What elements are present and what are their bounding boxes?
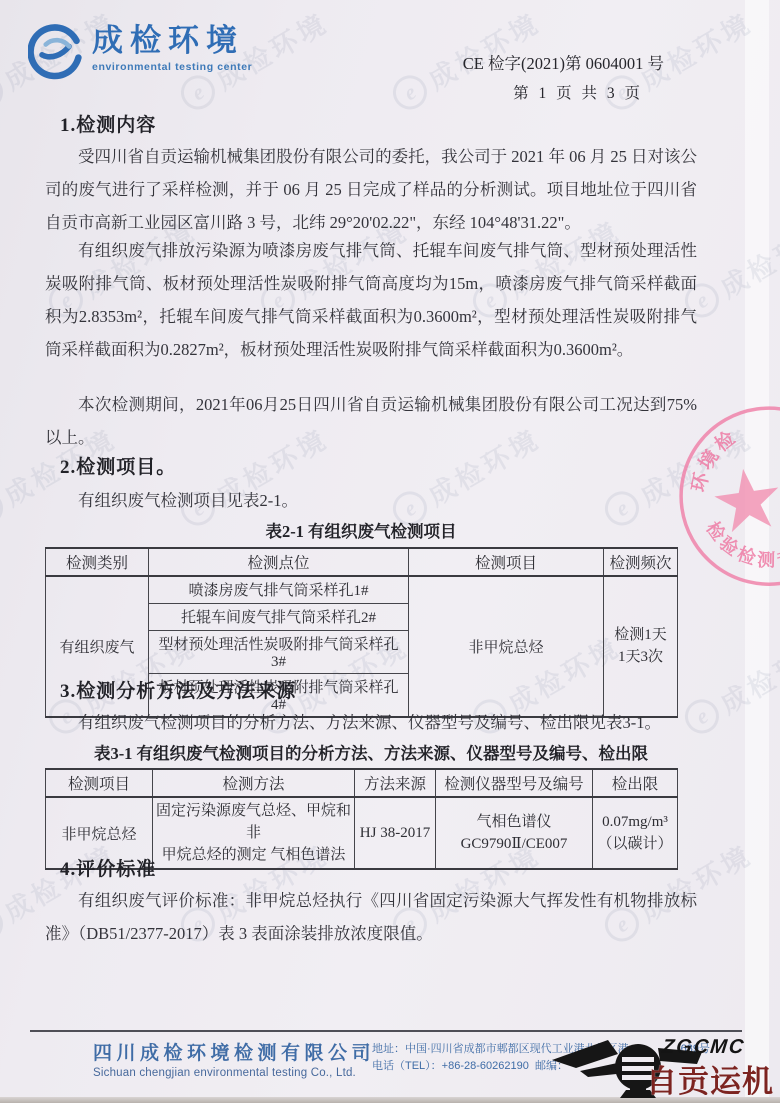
- cell-limit: 0.07mg/m³ （以碳计）: [593, 797, 678, 869]
- table-header-row: 检测类别 检测点位 检测项目 检测频次: [46, 548, 678, 576]
- cell-source: HJ 38-2017: [355, 797, 436, 869]
- report-page: e成检环境e成检环境e成检环境e成检环境e成检环境e成检环境e成检环境e成检环境…: [0, 0, 780, 1103]
- section1-paragraph-1: 受四川省自贡运输机械集团股份有限公司的委托，我公司于 2021 年 06 月 2…: [45, 140, 697, 239]
- zgcmc-logo: ZGCMC 自贡运机: [550, 1036, 778, 1100]
- section1-title: 1.检测内容: [60, 110, 156, 137]
- table2-caption: 表2-1 有组织废气检测项目: [45, 518, 677, 542]
- table3-caption: 表3-1 有组织废气检测项目的分析方法、方法来源、仪器型号及编号、检出限: [45, 740, 697, 764]
- table3-header-limit: 检出限: [593, 769, 678, 797]
- cell-point-3: 型材预处理活性炭吸附排气筒采样孔3#: [149, 630, 409, 673]
- table2-header-category: 检测类别: [46, 548, 149, 576]
- cell-instrument: 气相色谱仪 GC9790Ⅱ/CE007: [436, 797, 593, 869]
- cell-point-1: 喷漆房废气排气筒采样孔1#: [149, 576, 409, 603]
- table-row: 有组织废气 喷漆房废气排气筒采样孔1# 非甲烷总烃 检测1天 1天3次: [46, 576, 678, 603]
- footer-divider: [30, 1030, 742, 1032]
- table2-header-point: 检测点位: [149, 548, 409, 576]
- section2-title: 2.检测项目。: [60, 452, 176, 479]
- section2-intro: 有组织废气检测项目见表2-1。: [45, 484, 697, 517]
- table3-header-method: 检测方法: [153, 769, 355, 797]
- table3-header-item: 检测项目: [46, 769, 153, 797]
- cell-method: 固定污染源废气总烃、甲烷和非 甲烷总烃的测定 气相色谱法: [153, 797, 355, 869]
- cell-point-2: 托辊车间废气排气筒采样孔2#: [149, 603, 409, 630]
- section3-title: 3.检测分析方法及方法来源: [60, 676, 296, 703]
- section4-title: 4.评价标准: [60, 854, 156, 881]
- footer-company-cn: 四川成检环境检测有限公司: [93, 1038, 375, 1065]
- footer-phone: 电话（TEL）：+86-28-60262190: [372, 1060, 529, 1072]
- section4-paragraph-1: 有组织废气评价标准：非甲烷总烃执行《四川省固定污染源大气挥发性有机物排放标准》（…: [45, 884, 697, 950]
- footer-company-en: Sichuan chengjian environmental testing …: [93, 1067, 375, 1079]
- page-indicator: 第 1 页 共 3 页: [0, 81, 643, 103]
- section1-paragraph-2: 有组织废气排放污染源为喷漆房废气排气筒、托辊车间废气排气筒、型材预处理活性炭吸附…: [45, 234, 697, 366]
- section3-intro: 有组织废气检测项目的分析方法、方法来源、仪器型号及编号、检出限见表3-1。: [45, 706, 697, 739]
- zgcmc-logo-text-cn: 自贡运机: [646, 1056, 774, 1101]
- cell-item: 非甲烷总烃: [409, 576, 604, 717]
- table-header-row: 检测项目 检测方法 方法来源 检测仪器型号及编号 检出限: [46, 769, 678, 797]
- section1-paragraph-3: 本次检测期间，2021年06月25日四川省自贡运输机械集团股份有限公司工况达到7…: [45, 388, 697, 454]
- document-number: CE 检字(2021)第 0604001 号: [0, 50, 664, 74]
- table3-header-source: 方法来源: [355, 769, 436, 797]
- table2-header-item: 检测项目: [409, 548, 604, 576]
- footer-company: 四川成检环境检测有限公司 Sichuan chengjian environme…: [93, 1038, 375, 1079]
- table3-header-instrument: 检测仪器型号及编号: [436, 769, 593, 797]
